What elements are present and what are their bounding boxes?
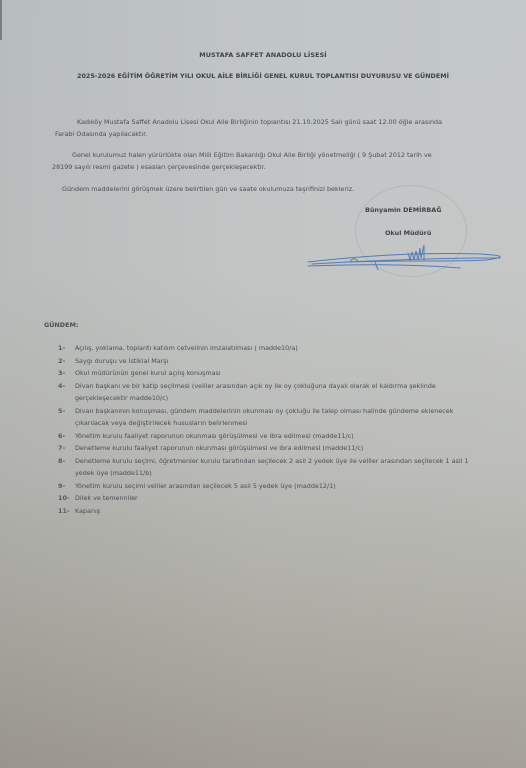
agenda-item-number: 7- — [58, 442, 75, 455]
agenda-item-text: Saygı duruşu ve İstiklal Marşı — [75, 355, 478, 368]
agenda-item: 9-Yönetim kurulu seçimi veliler arasında… — [58, 480, 478, 493]
agenda-item-number: 1- — [58, 342, 75, 355]
agenda-item-text: Kapanış — [75, 505, 478, 518]
agenda-item-text: Divan başkanı ve bir katip seçilmesi (ve… — [75, 380, 478, 405]
agenda-item-number: 2- — [58, 355, 75, 368]
agenda-item-number: 10- — [58, 492, 75, 505]
signatory-title: Okul Müdürü — [385, 229, 431, 237]
agenda-item: 1-Açılış, yoklama, toplantı katılım cetv… — [58, 342, 478, 355]
signatory-name: Bünyamin DEMİRBAĞ — [365, 206, 441, 214]
agenda-heading: GÜNDEM: — [44, 321, 78, 329]
agenda-item-number: 9- — [58, 480, 75, 493]
agenda-item-number: 8- — [58, 455, 75, 480]
agenda-item-number: 3- — [58, 367, 75, 380]
agenda-item-number: 4- — [58, 380, 75, 405]
agenda-item: 6-Yönetim kurulu faaliyet raporunun okun… — [58, 430, 478, 443]
agenda-item-number: 6- — [58, 430, 75, 443]
agenda-item-text: Denetleme kurulu faaliyet raporunun okun… — [75, 442, 478, 455]
agenda-item-text: Okul müdürünün genel kurul açılış konuşm… — [75, 367, 478, 380]
agenda-item-text: Açılış, yoklama, toplantı katılım cetvel… — [75, 342, 478, 355]
agenda-item: 7-Denetleme kurulu faaliyet raporunun ok… — [58, 442, 478, 455]
agenda-item: 10-Dilek ve temenniler — [58, 492, 478, 505]
agenda-item-number: 5- — [58, 405, 75, 430]
document-title: 2025-2026 EĞİTİM ÖĞRETİM YILI OKUL AİLE … — [70, 70, 456, 82]
agenda-item-text: Divan başkanının konuşması, gündem madde… — [75, 405, 478, 430]
agenda-item-text: Yönetim kurulu seçimi veliler arasından … — [75, 480, 478, 493]
agenda-item: 5-Divan başkanının konuşması, gündem mad… — [58, 405, 478, 430]
regulation-paragraph: Genel kurulumuz halen yürürlükte olan Mi… — [52, 149, 452, 173]
paper-edge — [0, 0, 2, 40]
meeting-announcement-paragraph: Kadıköy Mustafa Saffet Anadolu Lisesi Ok… — [55, 116, 455, 140]
agenda-item: 4-Divan başkanı ve bir katip seçilmesi (… — [58, 380, 478, 405]
agenda-list: 1-Açılış, yoklama, toplantı katılım cetv… — [58, 342, 478, 517]
school-name: MUSTAFA SAFFET ANADOLU LİSESİ — [0, 51, 526, 59]
agenda-item: 11-Kapanış — [58, 505, 478, 518]
agenda-item-text: Yönetim kurulu faaliyet raporunun okunma… — [75, 430, 478, 443]
agenda-item-number: 11- — [58, 505, 75, 518]
agenda-item: 2-Saygı duruşu ve İstiklal Marşı — [58, 355, 478, 368]
agenda-item-text: Denetleme kurulu seçimi, öğretmenler kur… — [75, 455, 478, 480]
agenda-item: 3-Okul müdürünün genel kurul açılış konu… — [58, 367, 478, 380]
handwritten-signature — [300, 240, 526, 270]
agenda-item-text: Dilek ve temenniler — [75, 492, 478, 505]
agenda-item: 8-Denetleme kurulu seçimi, öğretmenler k… — [58, 455, 478, 480]
